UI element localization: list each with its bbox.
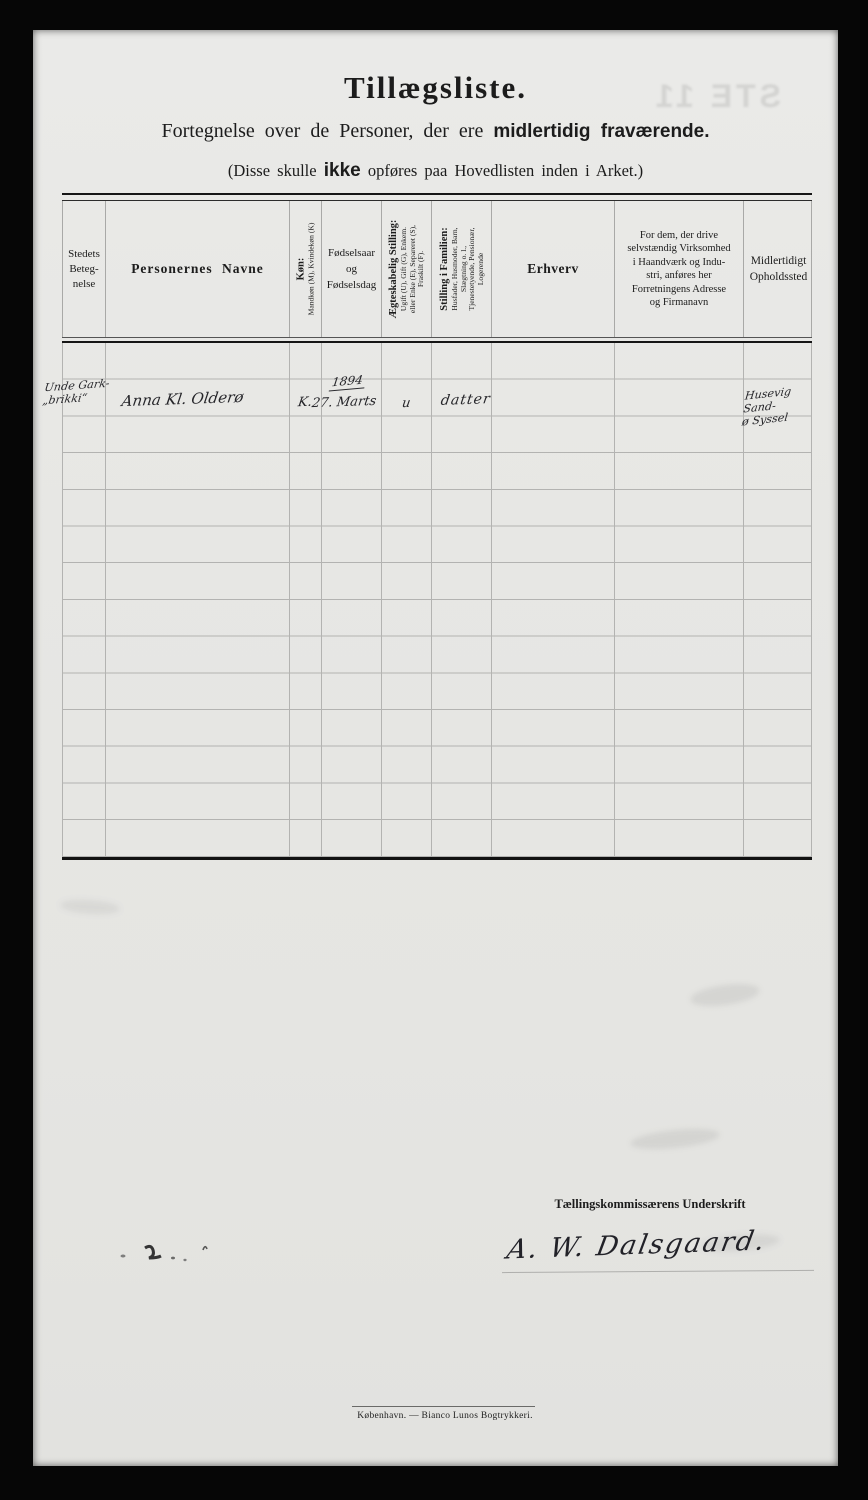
header-family: Stilling i Familien: Husfader, Husmoder,… <box>431 201 491 337</box>
ink-smudge-drawing <box>115 1240 225 1266</box>
table-body-grid <box>62 343 812 857</box>
header-sex-detail: Mandkøn (M), Kvindekøn (K) <box>307 203 316 335</box>
entry-place: Unde Gark- „brikki“ <box>42 377 111 407</box>
column-divider <box>105 343 106 857</box>
column-divider <box>381 343 382 857</box>
subtitle-bold-text: midlertidig fraværende. <box>493 121 709 142</box>
header-sex: Køn: Mandkøn (M), Kvindekøn (K) <box>289 201 321 337</box>
header-occupation: Erhverv <box>491 201 614 337</box>
header-birth: Fødselsaar og Fødselsdag <box>321 201 381 337</box>
header-marital-vertical: Ægteskabelig Stilling: Ugift (U), Gift (… <box>388 203 426 335</box>
signature-label: Tællingskommissærens Underskrift <box>540 1197 760 1212</box>
header-residence: Midlertidigt Opholdssted <box>743 201 813 337</box>
subtitle-text: Fortegnelse over de Personer, der ere <box>161 120 493 142</box>
note-text: (Disse skulle <box>228 161 324 180</box>
header-names: Personernes Navne <box>105 201 289 337</box>
header-business: For dem, der drive selvstændig Virksomhe… <box>614 201 743 337</box>
table-bottom-rule <box>62 857 812 860</box>
header-family-detail: Husfader, Husmoder, Barn, Slægtning o. l… <box>450 203 484 335</box>
footer-imprint: København. — Bianco Lunos Bogtrykkeri. <box>330 1411 560 1421</box>
table-header-row: Stedets Beteg- nelse Personernes Navne K… <box>62 201 812 337</box>
header-place: Stedets Beteg- nelse <box>63 201 105 337</box>
page-subtitle: Fortegnelse over de Personer, der ere mi… <box>33 120 838 143</box>
note-suffix-text: opføres paa Hovedlisten inden i Arket.) <box>361 161 643 180</box>
column-divider <box>289 343 290 857</box>
page-title: Tillægsliste. <box>33 70 838 106</box>
footer-rule <box>352 1406 535 1407</box>
instruction-note: (Disse skulle ikke opføres paa Hovedlist… <box>33 160 838 182</box>
header-marital: Ægteskabelig Stilling: Ugift (U), Gift (… <box>381 201 431 337</box>
table-top-rule <box>62 193 812 201</box>
header-sex-title: Køn: <box>295 203 307 335</box>
header-family-title: Stilling i Familien: <box>438 203 450 335</box>
census-table: Stedets Beteg- nelse Personernes Navne K… <box>62 193 812 860</box>
column-divider <box>491 343 492 857</box>
column-divider <box>321 343 322 857</box>
scanned-census-form: STE 11 Tillægsliste. Fortegnelse over de… <box>0 0 868 1500</box>
entry-birth-year: 1894 <box>329 373 366 392</box>
column-divider <box>614 343 615 857</box>
note-bold-text: ikke <box>324 160 361 181</box>
entry-residence: Husevig Sand- ø Syssel <box>741 383 814 429</box>
header-marital-title: Ægteskabelig Stilling: <box>388 203 400 335</box>
entry-family: datter <box>440 391 492 409</box>
column-divider <box>431 343 432 857</box>
header-family-vertical: Stilling i Familien: Husfader, Husmoder,… <box>438 203 484 335</box>
ink-smudge <box>115 1240 225 1266</box>
header-sex-vertical: Køn: Mandkøn (M), Kvindekøn (K) <box>295 203 316 335</box>
entry-birth-day: 27. Marts <box>311 394 377 411</box>
header-marital-detail: Ugift (U), Gift (G), Enkem. eller Enke (… <box>400 203 426 335</box>
